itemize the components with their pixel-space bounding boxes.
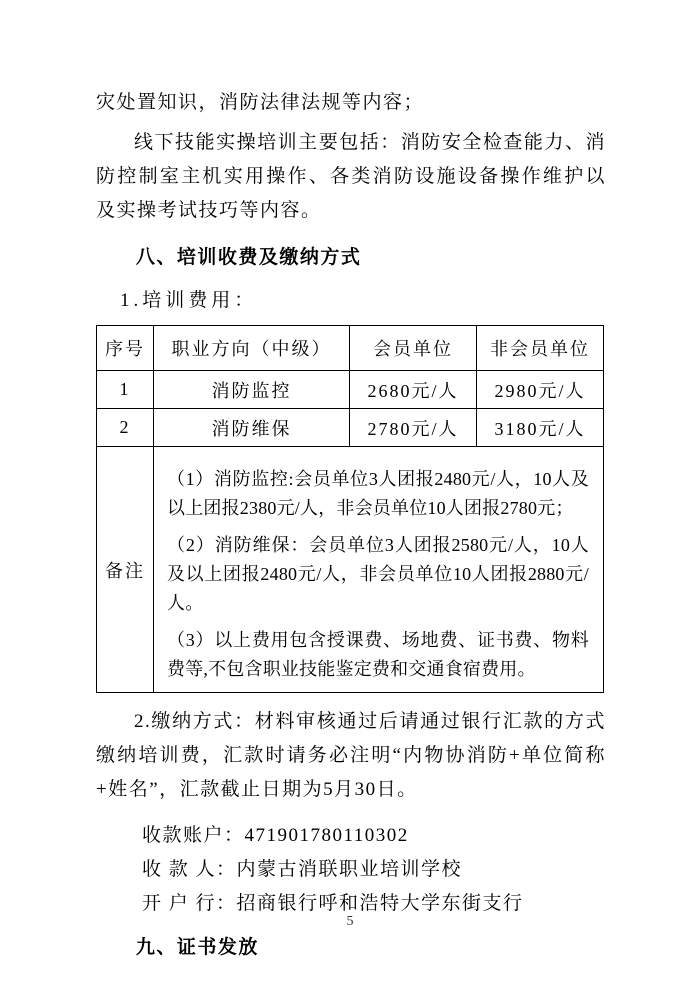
col-header-member: 会员单位 xyxy=(350,326,477,371)
offline-training-paragraph: 线下技能实操培训主要包括：消防安全检查能力、消防控制室主机实用操作、各类消防设施… xyxy=(96,126,606,228)
note-2: （2）消防维保：会员单位3人团报2580元/人，10人及以上团报2480元/人，… xyxy=(167,531,589,618)
payment-account-value: 471901780110302 xyxy=(245,825,409,846)
payment-payee-line: 收 款 人：内蒙古消联职业培训学校 xyxy=(96,853,606,887)
note-1: （1）消防监控:会员单位3人团报2480元/人，10人及以上团报2380元/人，… xyxy=(167,465,589,523)
col-header-major: 职业方向（中级） xyxy=(154,326,350,371)
payment-payee-value: 内蒙古消联职业培训学校 xyxy=(237,859,463,880)
row2-major: 消防维保 xyxy=(154,409,350,447)
note-3: （3）以上费用包含授课费、场地费、证书费、物料费等,不包含职业技能鉴定费和交通食… xyxy=(167,626,589,684)
row1-number: 1 xyxy=(97,371,154,409)
row2-member-price: 2780元/人 xyxy=(350,409,477,447)
document-page: 灾处置知识，消防法律法规等内容； 线下技能实操培训主要包括：消防安全检查能力、消… xyxy=(0,0,700,990)
row1-member-price: 2680元/人 xyxy=(350,371,477,409)
col-header-nonmember: 非会员单位 xyxy=(477,326,604,371)
item-2-payment-method-paragraph: 2.缴纳方式：材料审核通过后请通过银行汇款的方式缴纳培训费，汇款时请务必注明“内… xyxy=(96,705,606,807)
page-number: 5 xyxy=(0,914,700,930)
note-label-cell: 备注 xyxy=(97,447,154,693)
payment-payee-label: 收 款 人： xyxy=(142,859,237,880)
row1-major: 消防监控 xyxy=(154,371,350,409)
col-header-number: 序号 xyxy=(97,326,154,371)
payment-bank-label: 开 户 行： xyxy=(142,893,237,914)
row2-number: 2 xyxy=(97,409,154,447)
table-row: 2 消防维保 2780元/人 3180元/人 xyxy=(97,409,604,447)
section-9-heading: 九、证书发放 xyxy=(96,935,606,961)
payment-details: 收款账户：471901780110302 收 款 人：内蒙古消联职业培训学校 开… xyxy=(96,819,606,921)
section-8-heading: 八、培训收费及缴纳方式 xyxy=(96,245,606,271)
carryover-line: 灾处置知识，消防法律法规等内容； xyxy=(96,86,606,120)
table-note-row: 备注 （1）消防监控:会员单位3人团报2480元/人，10人及以上团报2380元… xyxy=(97,447,604,693)
table-row: 1 消防监控 2680元/人 2980元/人 xyxy=(97,371,604,409)
row2-nonmember-price: 3180元/人 xyxy=(477,409,604,447)
note-content-cell: （1）消防监控:会员单位3人团报2480元/人，10人及以上团报2380元/人，… xyxy=(154,447,604,693)
row1-nonmember-price: 2980元/人 xyxy=(477,371,604,409)
item-1-training-fee-title: 1.培训费用： xyxy=(96,286,606,316)
training-fee-table: 序号 职业方向（中级） 会员单位 非会员单位 1 消防监控 2680元/人 29… xyxy=(96,325,604,693)
payment-account-label: 收款账户： xyxy=(142,825,245,846)
page-content: 灾处置知识，消防法律法规等内容； 线下技能实操培训主要包括：消防安全检查能力、消… xyxy=(96,86,606,961)
payment-account-line: 收款账户：471901780110302 xyxy=(96,819,606,853)
table-header-row: 序号 职业方向（中级） 会员单位 非会员单位 xyxy=(97,326,604,371)
payment-bank-value: 招商银行呼和浩特大学东街支行 xyxy=(237,893,524,914)
